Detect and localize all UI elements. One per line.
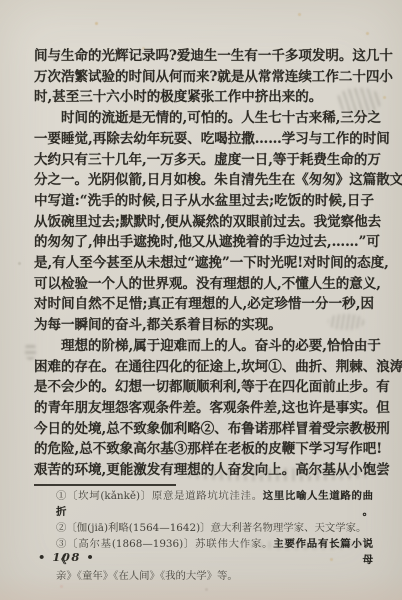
body-line: 中写道:“洗手的时候,日子从水盆里过去;吃饭的时候,日子 xyxy=(34,191,374,212)
body-line: 是不会少的。幻想一切都顺顺利利,等于在四化面前止步。有 xyxy=(34,377,374,398)
body-line: 今日的处境,总不致象伽利略②、布鲁诺那样冒着受宗教极刑 xyxy=(34,419,374,440)
footnote-line: ③〔高尔基(1868—1936)〕苏联伟大作家。主要作品有长篇小说《母 xyxy=(56,537,373,569)
body-line: 对时间自然不足惜;真正有理想的人,必定珍惜一分一秒,因 xyxy=(34,294,374,315)
footnote-line: ①〔坎坷(kǎnkě)〕原意是道路坑坑洼洼。这里比喻人生道路的曲折。 xyxy=(56,489,373,521)
body-line: 理想的阶梯,属于迎难而上的人。奋斗的必要,恰恰由于 xyxy=(34,336,374,357)
footnotes-block: ①〔坎坷(kǎnkě)〕原意是道路坑坑洼洼。这里比喻人生道路的曲折。 ②〔伽(j… xyxy=(56,489,373,584)
paragraph-time: 时间的流逝是无情的,可怕的。人生七十古来稀,三分之 一要睡觉,再除去幼年玩耍、吃… xyxy=(34,108,374,336)
body-line: 可以检验一个人的世界观。没有理想的人,不懂人生的意义, xyxy=(34,274,374,295)
footnote-divider xyxy=(34,484,176,486)
body-line: 为每一瞬间的奋斗,都关系着目标的实现。 xyxy=(34,315,374,336)
paragraph-continuation: 间与生命的光辉记录吗?爱迪生一生有一千多项发明。这几十 万次浩繁试验的时间从何而… xyxy=(34,46,374,108)
body-line: 大约只有三十几年,一万多天。虚度一日,等于耗费生命的万 xyxy=(34,150,374,171)
body-line: 从饭碗里过去;默默时,便从凝然的双眼前过去。我觉察他去 xyxy=(34,212,374,233)
footnote-text: ②〔伽(jiā)利略(1564—1642)〕意大利著名物理学家、天文学家。 xyxy=(56,522,366,534)
scanned-book-page: 间与生命的光辉记录吗?爱迪生一生有一千多项发明。这几十 万次浩繁试验的时间从何而… xyxy=(0,0,402,600)
footnote-text: ③〔高尔基(1868—1936)〕苏联伟大作家。 xyxy=(56,538,273,550)
body-line: 的青年朋友埋怨客观条件差。客观条件差,这也许是事实。但 xyxy=(34,398,374,419)
body-line: 艰苦的环境,更能激发有理想的人奋发向上。高尔基从小饱尝 xyxy=(34,460,374,481)
footnote-line: 亲》《童年》《在人间》《我的大学》等。 xyxy=(56,569,373,585)
footnote-text: ①〔坎坷(kǎnkě)〕原意是道路坑坑洼洼。 xyxy=(56,490,263,502)
body-line: 分之一。光阴似箭,日月如梭。朱自清先生在《匆匆》这篇散文 xyxy=(34,170,374,191)
footnote-line: ②〔伽(jiā)利略(1564—1642)〕意大利著名物理学家、天文学家。 xyxy=(56,521,373,537)
body-line: 是,有人至今甚至从未想过“遮挽”一下时光呢!对时间的态度, xyxy=(34,253,374,274)
body-line: 万次浩繁试验的时间从何而来?就是从常常连续工作二十四小 xyxy=(34,67,374,88)
body-line: 一要睡觉,再除去幼年玩耍、吃喝拉撒……学习与工作的时间 xyxy=(34,129,374,150)
body-line: 时间的流逝是无情的,可怕的。人生七十古来稀,三分之 xyxy=(34,108,374,129)
body-line: 困难的存在。在通往四化的征途上,坎坷①、曲折、荆棘、浪涛 xyxy=(34,357,374,378)
body-line: 的匆匆了,伸出手遮挽时,他又从遮挽着的手边过去,……”可 xyxy=(34,232,374,253)
paper-foxing-specks xyxy=(0,0,3,3)
paragraph-ladder-of-ideals: 理想的阶梯,属于迎难而上的人。奋斗的必要,恰恰由于 困难的存在。在通往四化的征途… xyxy=(34,336,374,481)
page-body: 间与生命的光辉记录吗?爱迪生一生有一千多项发明。这几十 万次浩繁试验的时间从何而… xyxy=(34,46,374,481)
page-number: • 108 • xyxy=(38,550,95,564)
body-line: 的危险,总不致象高尔基③那样在老板的皮鞭下学习写作吧! xyxy=(34,439,374,460)
footnote-text: 亲》《童年》《在人间》《我的大学》等。 xyxy=(56,570,238,582)
body-line: 间与生命的光辉记录吗?爱迪生一生有一千多项发明。这几十 xyxy=(34,46,374,67)
body-line: 时,甚至三十六小时的极度紧张工作中挤出来的。 xyxy=(34,87,374,108)
